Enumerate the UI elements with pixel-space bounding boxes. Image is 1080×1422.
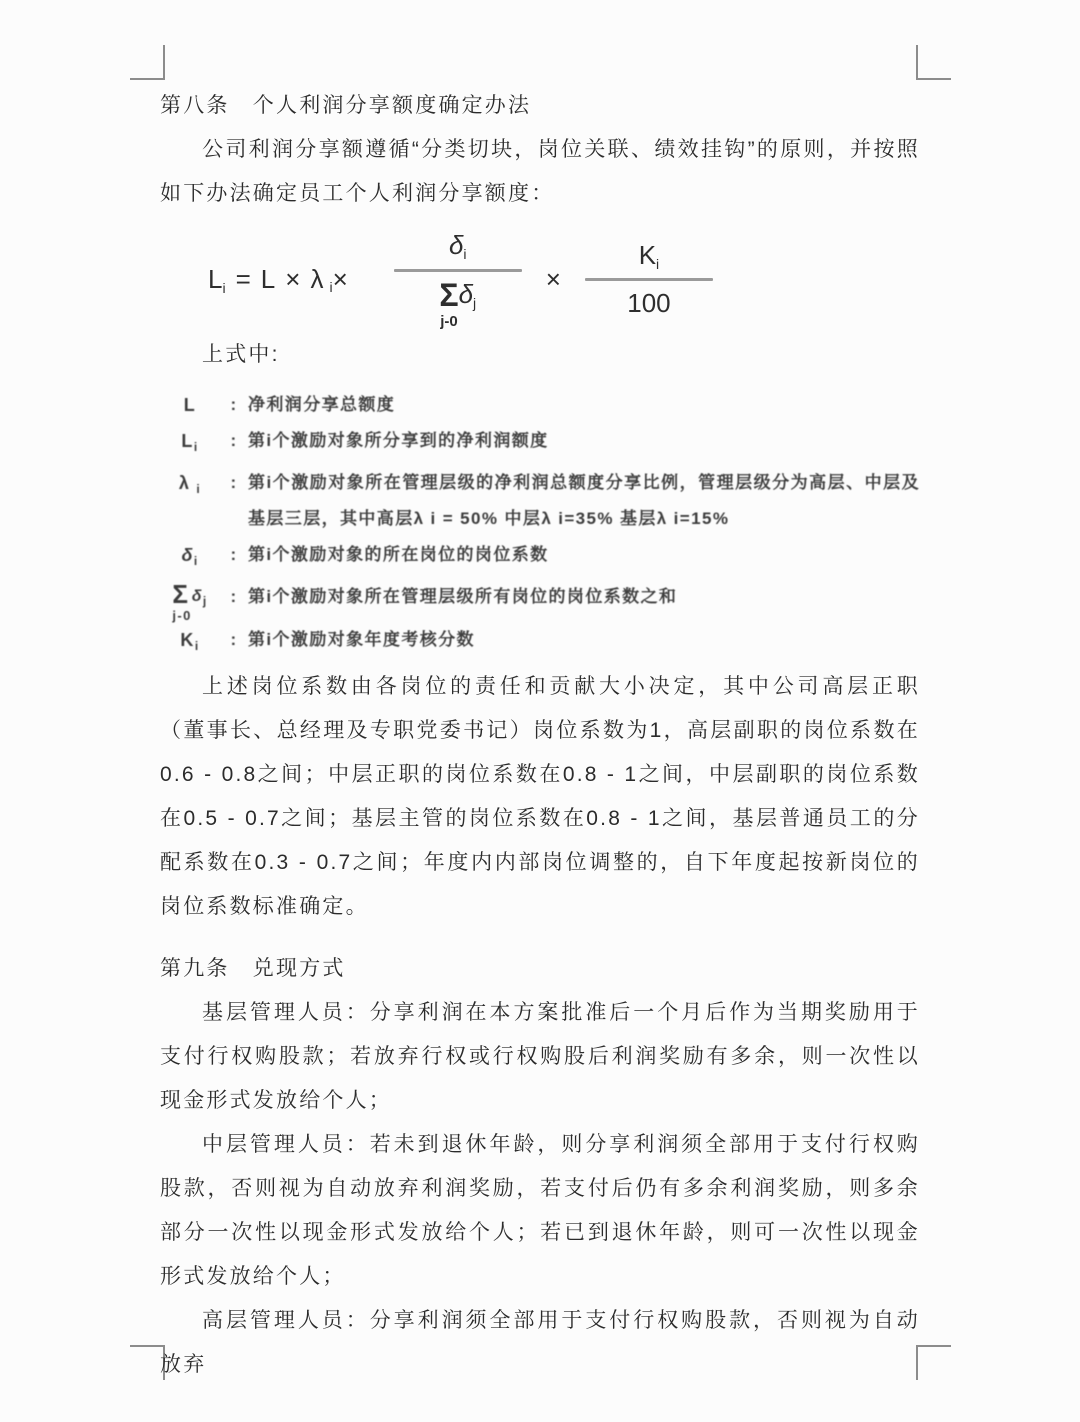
definition-text-Li: 第i个激励对象所分享到的净利润额度 [248, 423, 920, 459]
definition-row-sigma: Σ δj j-0 : 第i个激励对象所在管理层级所有岗位的岗位系数之和 [160, 579, 920, 622]
definition-colon: : [220, 423, 248, 459]
definition-colon: : [220, 579, 248, 615]
fraction-denominator-100: 100 [627, 281, 670, 319]
coefficient-paragraph: 上述岗位系数由各岗位的责任和贡献大小决定，其中公司高层正职（董事长、总经理及专职… [160, 665, 920, 929]
inline-lambda-i: λi [657, 509, 680, 528]
document-body: 第八条 个人利润分享额度确定办法 公司利润分享额遵循“分类切块，岗位关联、绩效挂… [160, 84, 920, 1387]
formula-Li-sub: i [222, 279, 225, 295]
formula-lambda: λi [310, 264, 332, 296]
formula-fraction-delta: δi Σ j-0 δj [394, 230, 522, 329]
formula-Li: Li [208, 264, 226, 296]
sigma-with-limit: Σ j-0 [439, 279, 458, 329]
symbol-definitions-list: L : 净利润分享总额度 Li : 第i个激励对象所分享到的净利润额度 λi :… [160, 387, 920, 665]
inline-lambda-i: λi [541, 509, 564, 528]
formula-equals: = [236, 264, 251, 295]
sigma-symbol: Σ [439, 279, 458, 311]
fraction-denominator-sigma: Σ j-0 δj [439, 272, 476, 329]
inline-lambda-i: λi [414, 509, 437, 528]
definition-symbol-Li: Li [160, 423, 220, 465]
article8-heading: 第八条 个人利润分享额度确定办法 [160, 84, 920, 128]
article9-heading: 第九条 兑现方式 [160, 947, 920, 991]
profit-share-formula: Li = L × λi × δi Σ j-0 δj × Ki [160, 230, 920, 329]
denominator-delta-j: δj [459, 279, 477, 311]
crop-mark-top-left [130, 45, 165, 80]
formula-times-2: × [333, 264, 348, 295]
definition-symbol-K: Ki [160, 622, 220, 664]
fraction-numerator-delta-i: δi [449, 230, 467, 269]
paragraph-grassroots-managers: 基层管理人员：分享利润在本方案批准后一个月后作为当期奖励用于支付行权购股款；若放… [160, 991, 920, 1123]
crop-mark-bottom-right [916, 1345, 951, 1380]
formula-L: L [261, 264, 275, 295]
document-page: 第八条 个人利润分享额度确定办法 公司利润分享额遵循“分类切块，岗位关联、绩效挂… [0, 0, 1080, 1422]
definition-text-sigma: 第i个激励对象所在管理层级所有岗位的岗位系数之和 [248, 579, 920, 615]
formula-times-3: × [546, 264, 561, 295]
definition-text-K: 第i个激励对象年度考核分数 [248, 622, 920, 658]
crop-mark-top-right [916, 45, 951, 80]
paragraph-senior-managers: 高层管理人员：分享利润须全部用于支付行权购股款，否则视为自动放弃 [160, 1299, 920, 1387]
definition-text-lambda: 第i个激励对象所在管理层级的净利润总额度分享比例，管理层级分为高层、中层及基层三… [248, 465, 920, 537]
definition-symbol-sigma: Σ δj j-0 [160, 579, 220, 622]
definition-row-L: L : 净利润分享总额度 [160, 387, 920, 423]
definition-text-L: 净利润分享总额度 [248, 387, 920, 423]
definition-colon: : [220, 465, 248, 501]
definition-text-delta: 第i个激励对象的所在岗位的岗位系数 [248, 537, 920, 573]
article8-intro-paragraph: 公司利润分享额遵循“分类切块，岗位关联、绩效挂钩”的原则，并按照如下办法确定员工… [160, 128, 920, 216]
formula-times-1: × [285, 264, 300, 295]
definition-row-K: Ki : 第i个激励对象年度考核分数 [160, 622, 920, 664]
definition-row-lambda: λi : 第i个激励对象所在管理层级的净利润总额度分享比例，管理层级分为高层、中… [160, 465, 920, 537]
definition-symbol-L: L [160, 387, 220, 423]
definition-colon: : [220, 537, 248, 573]
sigma-limit: j-0 [440, 314, 458, 329]
definition-colon: : [220, 387, 248, 423]
definition-symbol-delta: δi [160, 537, 220, 579]
definition-symbol-lambda: λi [160, 465, 220, 507]
fraction-numerator-Ki: Ki [639, 240, 659, 279]
paragraph-middle-managers: 中层管理人员：若未到退休年龄，则分享利润须全部用于支付行权购股款，否则视为自动放… [160, 1123, 920, 1299]
definition-colon: : [220, 622, 248, 658]
definition-row-delta: δi : 第i个激励对象的所在岗位的岗位系数 [160, 537, 920, 579]
formula-fraction-K: Ki 100 [585, 240, 713, 320]
definition-row-Li: Li : 第i个激励对象所分享到的净利润额度 [160, 423, 920, 465]
formula-note: 上式中: [160, 333, 920, 377]
